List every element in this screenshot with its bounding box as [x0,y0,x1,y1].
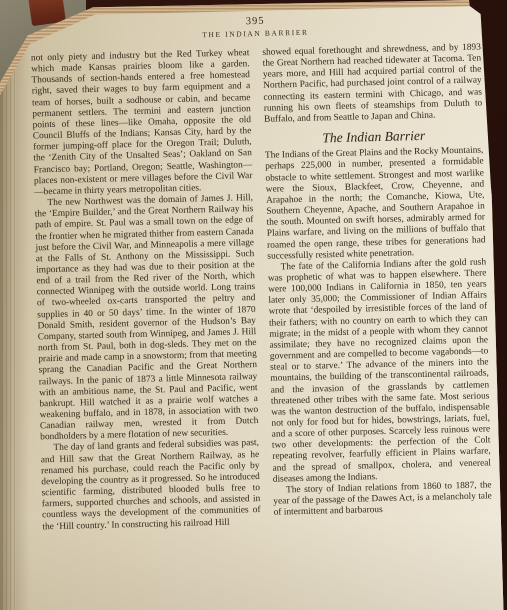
paragraph: The Indians of the Great Plains and the … [265,146,486,263]
page-text: 395 THE INDIAN BARRIER not only piety an… [30,11,492,534]
paragraph: not only piety and industry but the Red … [31,48,253,198]
paragraph: The new Northwest was the domain of Jame… [34,193,258,444]
book-page: 395 THE INDIAN BARRIER not only piety an… [0,0,507,610]
paragraph: showed equal forethought and shrewdness,… [262,42,482,125]
left-column: not only piety and industry but the Red … [31,48,261,533]
right-column: showed equal forethought and shrewdness,… [262,42,492,527]
page-gutter-shadow [2,70,16,610]
section-heading: The Indian Barrier [264,129,483,145]
text-columns: not only piety and industry but the Red … [31,42,493,533]
photo-backdrop: 395 THE INDIAN BARRIER not only piety an… [0,0,507,610]
photo-of-book-page: { "page": { "number": "395", "running_he… [0,0,507,610]
paragraph: The fate of the California Indians after… [268,257,492,485]
paragraph: The story of Indian relations from 1860 … [273,480,492,519]
paragraph: The day of land grants and federal subsi… [40,439,261,534]
